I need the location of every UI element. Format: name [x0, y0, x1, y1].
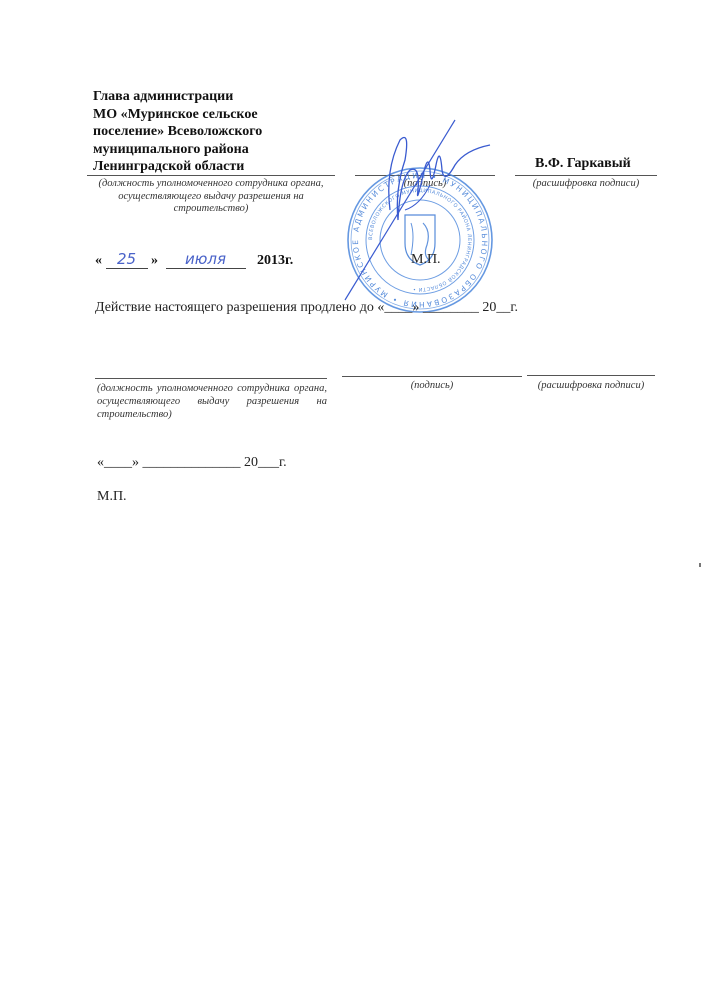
position-line-3: поселение» Всеволожского	[93, 123, 262, 141]
second-date-line: «____» ______________ 20___г.	[97, 455, 287, 471]
position-line-5: Ленинградской области	[93, 158, 262, 176]
signature-icon	[330, 110, 510, 310]
scan-artifact	[699, 563, 701, 567]
second-name-underline	[527, 375, 655, 376]
second-stamp-label: М.П.	[97, 489, 127, 505]
position-caption: (должность уполномоченного сотрудника ор…	[87, 178, 335, 216]
signed-date: « 25 » июля 2013г.	[95, 250, 293, 269]
position-line-1: Глава администрации	[93, 88, 262, 106]
name-caption: (расшифровка подписи)	[515, 178, 657, 191]
date-month: июля	[166, 250, 246, 269]
position-line-4: муниципального района	[93, 141, 262, 159]
handwritten-signature	[330, 110, 510, 310]
position-title: Глава администрации МО «Муринское сельск…	[93, 88, 262, 176]
date-open-quote: «	[95, 253, 102, 268]
position-line-2: МО «Муринское сельское	[93, 106, 262, 124]
second-signature-underline	[342, 376, 522, 377]
second-name-caption: (расшифровка подписи)	[527, 380, 655, 393]
name-underline	[515, 175, 657, 176]
date-day: 25	[106, 250, 148, 269]
second-signature-caption: (подпись)	[342, 380, 522, 393]
extension-text: Действие настоящего разрешения продлено …	[95, 300, 518, 316]
date-year: 2013г.	[257, 253, 293, 268]
signer-name: В.Ф. Гаркавый	[535, 156, 631, 172]
date-close-quote: »	[151, 253, 158, 268]
second-position-caption: (должность уполномоченного сотрудника ор…	[97, 382, 327, 421]
position-underline	[87, 175, 335, 176]
second-position-underline	[95, 378, 327, 379]
